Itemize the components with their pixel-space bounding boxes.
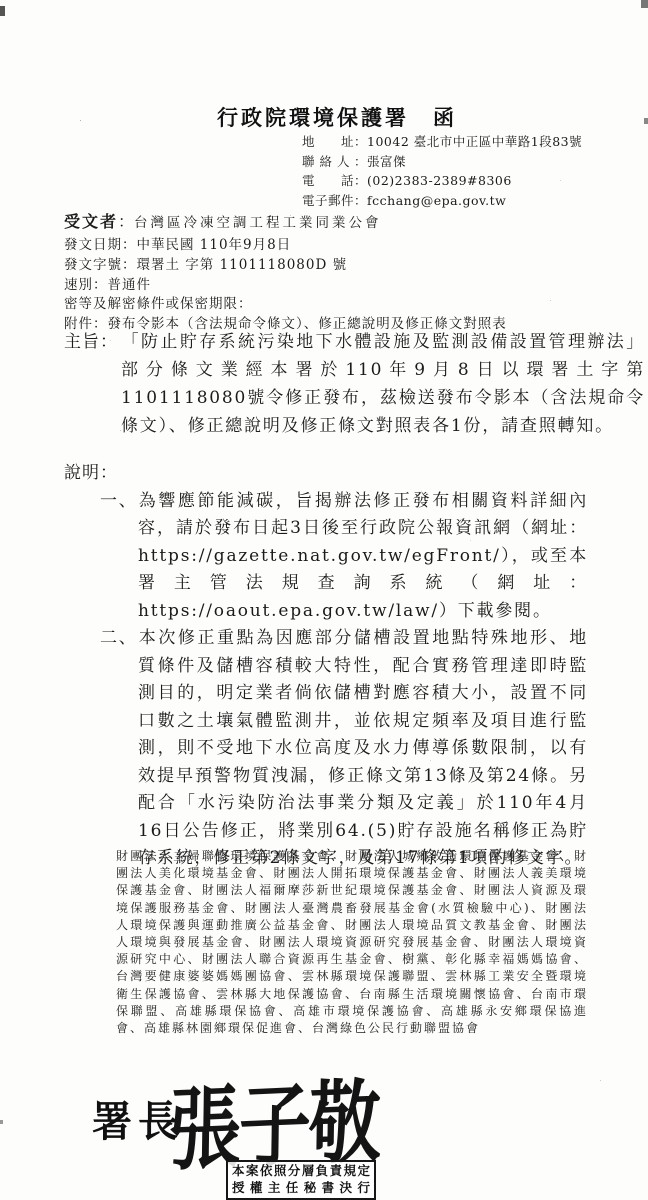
item-number: 二、: [100, 625, 138, 653]
issue-date-value: 中華民國 110年9月8日: [137, 237, 292, 253]
address-label: 地 址: [302, 132, 354, 152]
issue-date-label: 發文日期: [64, 237, 122, 253]
colon: ：: [118, 212, 134, 231]
phone-value: (02)2383-2389#8306: [367, 173, 512, 188]
email-value: fcchang@epa.gov.tw: [367, 193, 506, 208]
classification-row: 密等及解密條件或保密期限：: [64, 295, 507, 315]
issue-date-row: 發文日期：中華民國 110年9月8日: [64, 236, 507, 256]
contact-person-row: 聯 絡 人：張富傑: [302, 152, 582, 172]
contact-person-value: 張富傑: [367, 154, 406, 169]
recipient-label: 受文者: [64, 212, 118, 231]
explanation-items: 一、為響應節能減碳，旨揭辦法修正發布相關資料詳細內容，請於發布日起3日後至行政院…: [100, 488, 588, 873]
explanation-heading: 說明：: [64, 460, 588, 488]
address-value: 10042 臺北市中正區中華路1段83號: [367, 134, 582, 149]
colon: ：: [354, 154, 367, 169]
colon: ：: [93, 277, 108, 293]
subject-text: 「防止貯存系統污染地下水體設施及監測設備設置管理辦法」部分條文業經本署於110年…: [121, 332, 645, 436]
contact-address-row: 地 址：10042 臺北市中正區中華路1段83號: [302, 132, 582, 152]
priority-row: 速別：普通件: [64, 276, 507, 296]
colon: ：: [100, 463, 119, 483]
colon: ：: [122, 257, 137, 273]
explanation-section: 說明： 一、為響應節能減碳，旨揭辦法修正發布相關資料詳細內容，請於發布日起3日後…: [64, 460, 588, 873]
recipient-value: 台灣區冷凍空調工程工業同業公會: [134, 215, 382, 231]
explanation-label: 說明: [64, 463, 100, 483]
item-text: 為響應節能減碳，旨揭辦法修正發布相關資料詳細內容，請於發布日起3日後至行政院公報…: [138, 491, 588, 621]
colon: ：: [354, 173, 367, 188]
email-row: 電子郵件：fcchang@epa.gov.tw: [302, 191, 582, 211]
delegation-stamp-box: 本案依照分層負責規定 授權主任秘書決行: [226, 1160, 376, 1200]
explanation-item-1: 一、為響應節能減碳，旨揭辦法修正發布相關資料詳細內容，請於發布日起3日後至行政院…: [100, 488, 588, 626]
scan-artifact: [0, 6, 5, 16]
reference-number-value: 環署土 字第 1101118080D 號: [137, 257, 348, 273]
scanned-official-letter: 行政院環境保護署 函 地 址：10042 臺北市中正區中華路1段83號 聯 絡 …: [0, 0, 648, 1200]
priority-label: 速別: [64, 277, 93, 293]
scan-artifact: [641, 0, 648, 8]
email-label: 電子郵件: [302, 191, 354, 211]
reference-number-row: 發文字號：環署土 字第 1101118080D 號: [64, 256, 507, 276]
subject-label: 主旨：: [64, 328, 121, 356]
colon: ：: [354, 134, 367, 149]
item-text: 本次修正重點為因應部分儲槽設置地點特殊地形、地質條件及儲槽容積較大特性，配合實務…: [138, 628, 588, 868]
stamp-line-2: 授權主任秘書決行: [232, 1180, 370, 1197]
stamp-line-1: 本案依照分層負責規定: [232, 1163, 370, 1180]
colon: ：: [122, 237, 137, 253]
agency-contact-block: 地 址：10042 臺北市中正區中華路1段83號 聯 絡 人：張富傑 電 話：(…: [302, 132, 582, 210]
document-title: 行政院環境保護署 函: [0, 102, 648, 132]
priority-value: 普通件: [108, 277, 152, 293]
letter-meta-block: 發文日期：中華民國 110年9月8日 發文字號：環署土 字第 110111808…: [64, 236, 507, 335]
subject-paragraph: 主旨：「防止貯存系統污染地下水體設施及監測設備設置管理辦法」部分條文業經本署於1…: [64, 328, 645, 440]
reference-number-label: 發文字號: [64, 257, 122, 273]
phone-row: 電 話：(02)2383-2389#8306: [302, 171, 582, 191]
explanation-item-2: 二、本次修正重點為因應部分儲槽設置地點特殊地形、地質條件及儲槽容積較大特性，配合…: [100, 625, 588, 873]
colon: ：: [238, 296, 253, 312]
scan-artifact: [0, 1120, 3, 1124]
classification-label: 密等及解密條件或保密期限: [64, 296, 238, 312]
cc-organizations-list: 財團法人主婦聯盟環境保護基金會、財團法人城鄉改造環境保護基金會、財團法人美化環境…: [116, 848, 588, 1037]
recipient-row: 受文者：台灣區冷凍空調工程工業同業公會: [64, 209, 382, 232]
colon: ：: [354, 193, 367, 208]
item-number: 一、: [100, 488, 138, 516]
contact-person-label: 聯 絡 人: [302, 152, 354, 172]
colon: ：: [100, 332, 118, 352]
phone-label: 電 話: [302, 171, 354, 191]
